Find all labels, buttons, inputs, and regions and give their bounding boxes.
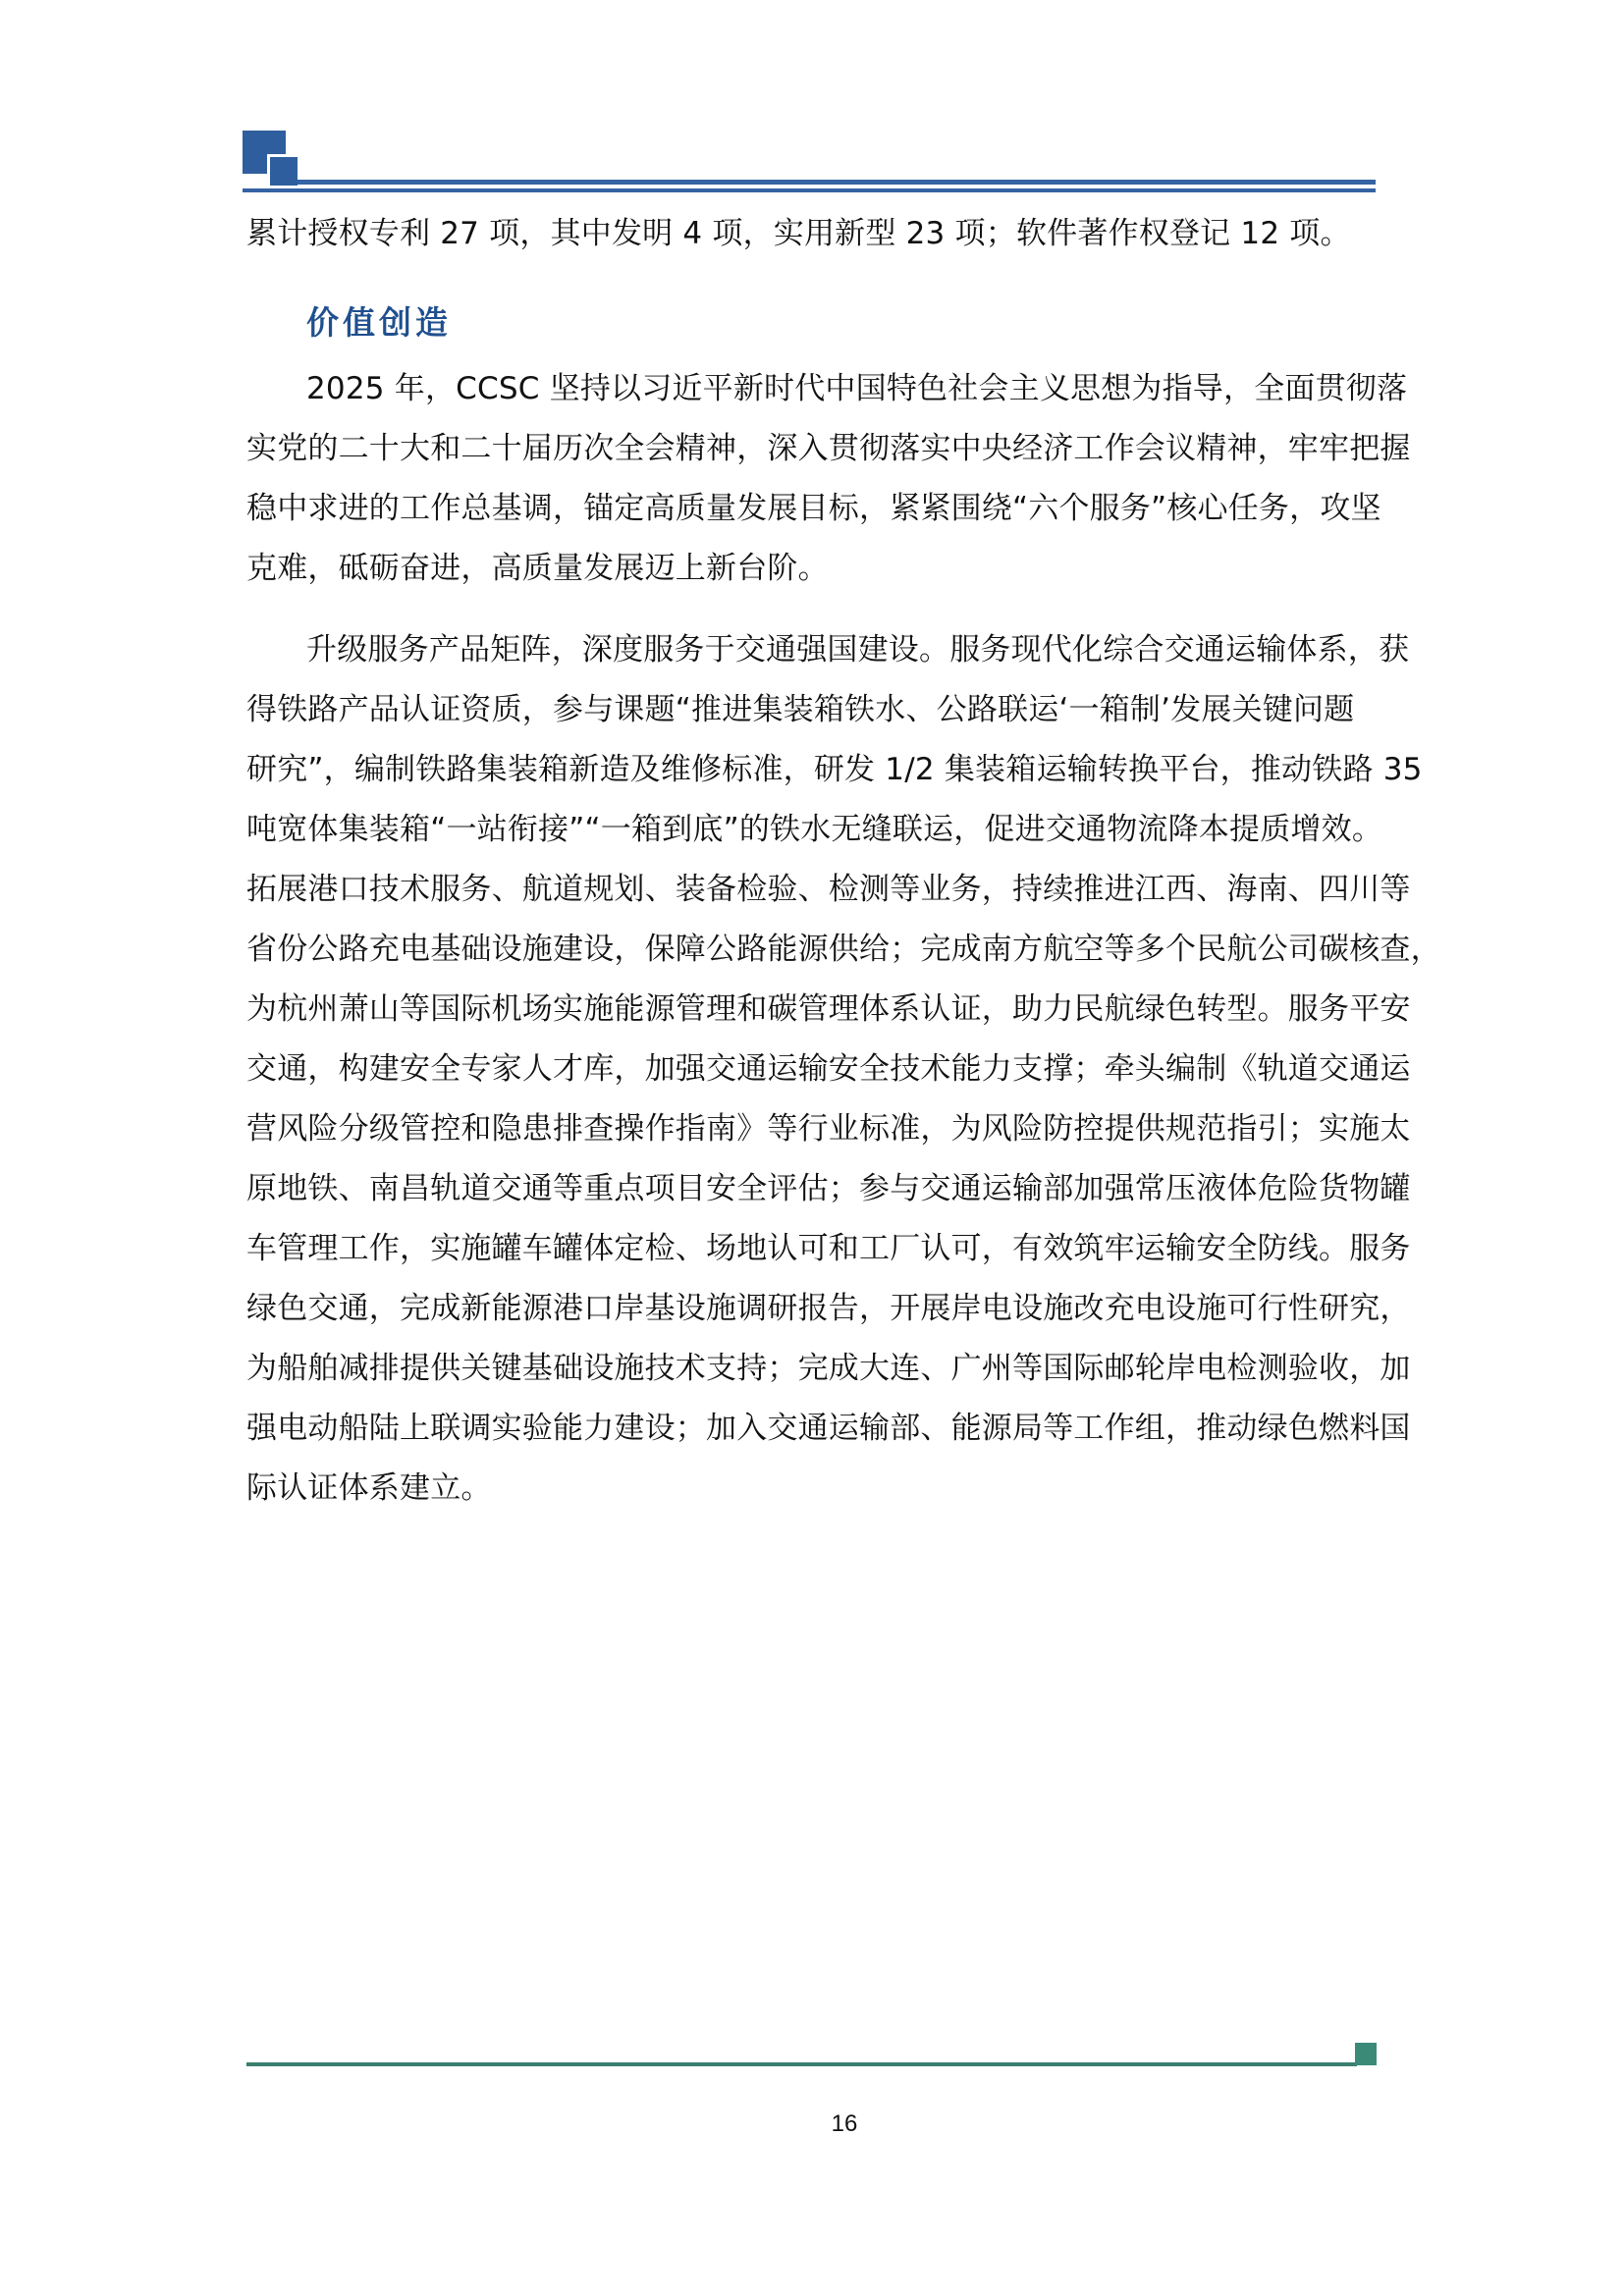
header-rule-top [298,180,1376,185]
footer-rule [246,2062,1357,2066]
paragraph-line: 克难，砥砺奋进，高质量发展迈上新台阶。 [246,539,1385,599]
paragraph-line: 强电动船陆上联调实验能力建设；加入交通运输部、能源局等工作组，推动绿色燃料国 [246,1399,1385,1459]
header-rule-bottom [243,188,1376,192]
section-heading: 价值创造 [306,298,452,347]
paragraph-line: 稳中求进的工作总基调，锚定高质量发展目标，紧紧围绕“六个服务”核心任务，攻坚 [246,479,1385,539]
paragraph-line: 车管理工作，实施罐车罐体定检、场地认可和工厂认可，有效筑牢运输安全防线。服务 [246,1219,1385,1279]
header-square-small-icon [270,157,298,186]
paragraph-line: 吨宽体集装箱“一站衔接”“一箱到底”的铁水无缝联运，促进交通物流降本提质增效。 [246,800,1385,860]
paragraph-line: 省份公路充电基础设施建设，保障公路能源供给；完成南方航空等多个民航公司碳核查， [246,920,1385,980]
footer-square-icon [1355,2043,1377,2065]
paragraph-line: 绿色交通，完成新能源港口岸基设施调研报告，开展岸电设施改充电设施可行性研究， [246,1279,1385,1339]
paragraph-line: 得铁路产品认证资质，参与课题“推进集装箱铁水、公路联运‘一箱制’发展关键问题 [246,680,1385,740]
page-number: 16 [0,2110,1624,2138]
paragraph-line: 际认证体系建立。 [246,1459,1385,1519]
paragraph-line: 为船舶减排提供关键基础设施技术支持；完成大连、广州等国际邮轮岸电检测验收，加 [246,1339,1385,1399]
paragraph-line: 营风险分级管控和隐患排查操作指南》等行业标准，为风险防控提供规范指引；实施太 [246,1099,1385,1159]
paragraph-line: 交通，构建安全专家人才库，加强交通运输安全技术能力支撑；牵头编制《轨道交通运 [246,1040,1385,1099]
paragraph-line: 研究”，编制铁路集装箱新造及维修标准，研发 1/2 集装箱运输转换平台，推动铁路… [246,740,1385,800]
paragraph-line: 升级服务产品矩阵，深度服务于交通强国建设。服务现代化综合交通运输体系，获 [306,620,1445,680]
paragraph-line: 实党的二十大和二十届历次全会精神，深入贯彻落实中央经济工作会议精神，牢牢把握 [246,419,1385,479]
paragraph-line: 为杭州萧山等国际机场实施能源管理和碳管理体系认证，助力民航绿色转型。服务平安 [246,980,1385,1040]
paragraph-line: 2025 年，CCSC 坚持以习近平新时代中国特色社会主义思想为指导，全面贯彻落 [306,359,1445,419]
paragraph-line: 原地铁、南昌轨道交通等重点项目安全评估；参与交通运输部加强常压液体危险货物罐 [246,1159,1385,1219]
paragraph-line: 拓展港口技术服务、航道规划、装备检验、检测等业务，持续推进江西、海南、四川等 [246,860,1385,920]
carryover-text: 累计授权专利 27 项，其中发明 4 项，实用新型 23 项；软件著作权登记 1… [246,204,1385,264]
